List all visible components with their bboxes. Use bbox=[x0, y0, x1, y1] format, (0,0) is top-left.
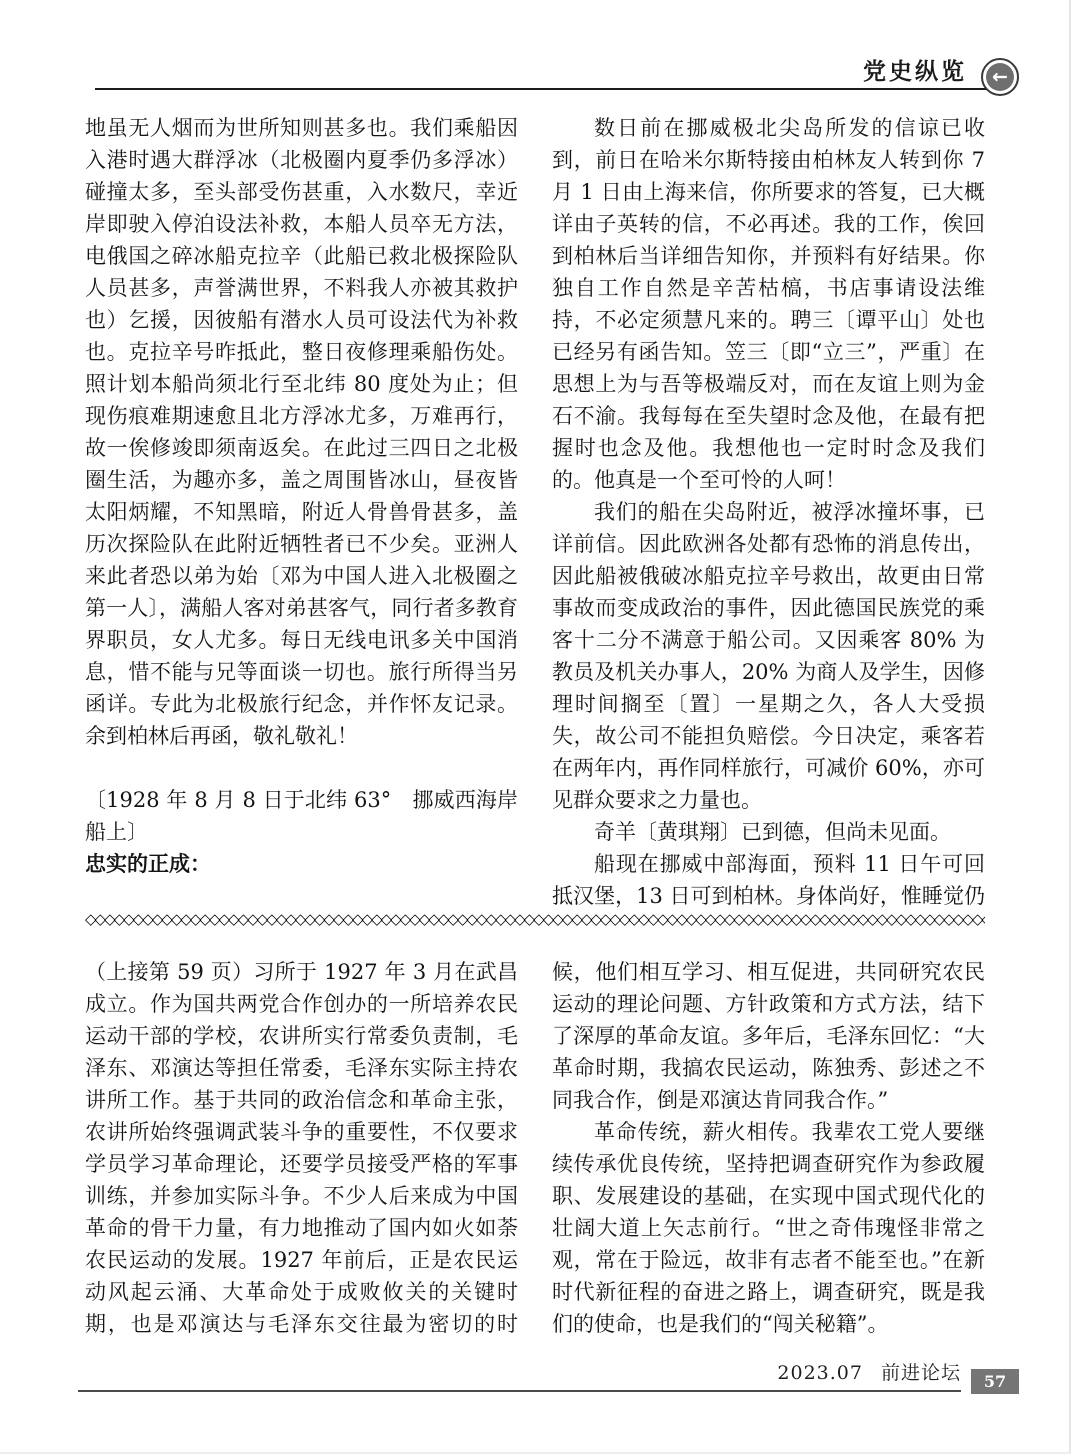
article-section: （上接第 59 页）习所于 1927 年 3 月在武昌成立。作为国共两党合作创办… bbox=[85, 956, 985, 1356]
page-number-badge: 57 bbox=[971, 1369, 1019, 1394]
paragraph: 〔1928 年 8 月 8 日于北纬 63° 挪威西海岸船上〕 bbox=[85, 784, 518, 848]
page-footer: 2023.07前进论坛 57 bbox=[78, 1358, 1019, 1392]
ornament-divider: ◇◇◇◇◇◇◇◇◇◇◇◇◇◇◇◇◇◇◇◇◇◇◇◇◇◇◇◇◇◇◇◇◇◇◇◇◇◇◇◇… bbox=[85, 908, 985, 930]
header-rule bbox=[95, 88, 987, 90]
paragraph: 数日前在挪威极北尖岛所发的信谅已收到，前日在哈米尔斯特接由柏林友人转到你 7 月… bbox=[552, 112, 985, 496]
paragraph: 奇羊〔黄琪翔〕已到德，但尚未见面。 bbox=[552, 816, 985, 848]
paragraph: 地虽无人烟而为世所知则甚多也。我们乘船因入港时遇大群浮冰（北极圈内夏季仍多浮冰）… bbox=[85, 112, 518, 752]
section-title: 党史纵览 bbox=[863, 53, 967, 86]
page-header: 党史纵览 ← bbox=[85, 50, 1019, 90]
footer-text: 2023.07前进论坛 bbox=[78, 1358, 961, 1392]
magazine-page: 党史纵览 ← 地虽无人烟而为世所知则甚多也。我们乘船因入港时遇大群浮冰（北极圈内… bbox=[0, 0, 1071, 1454]
paragraph: 我们的船在尖岛附近，被浮冰撞坏事，已详前信。因此欧洲各处都有恐怖的消息传出，因此… bbox=[552, 496, 985, 816]
back-arrow-icon: ← bbox=[986, 63, 1014, 91]
letter-section: 地虽无人烟而为世所知则甚多也。我们乘船因入港时遇大群浮冰（北极圈内夏季仍多浮冰）… bbox=[85, 112, 985, 924]
paragraph: 忠实的正成： bbox=[85, 848, 518, 880]
footer-issue: 2023.07 bbox=[777, 1362, 863, 1384]
footer-journal-name: 前进论坛 bbox=[881, 1362, 961, 1384]
section-logo: ← bbox=[981, 58, 1019, 96]
paragraph: 革命传统，薪火相传。我辈农工党人要继续传承优良传统，坚持把调查研究作为参政履职、… bbox=[552, 1116, 985, 1340]
